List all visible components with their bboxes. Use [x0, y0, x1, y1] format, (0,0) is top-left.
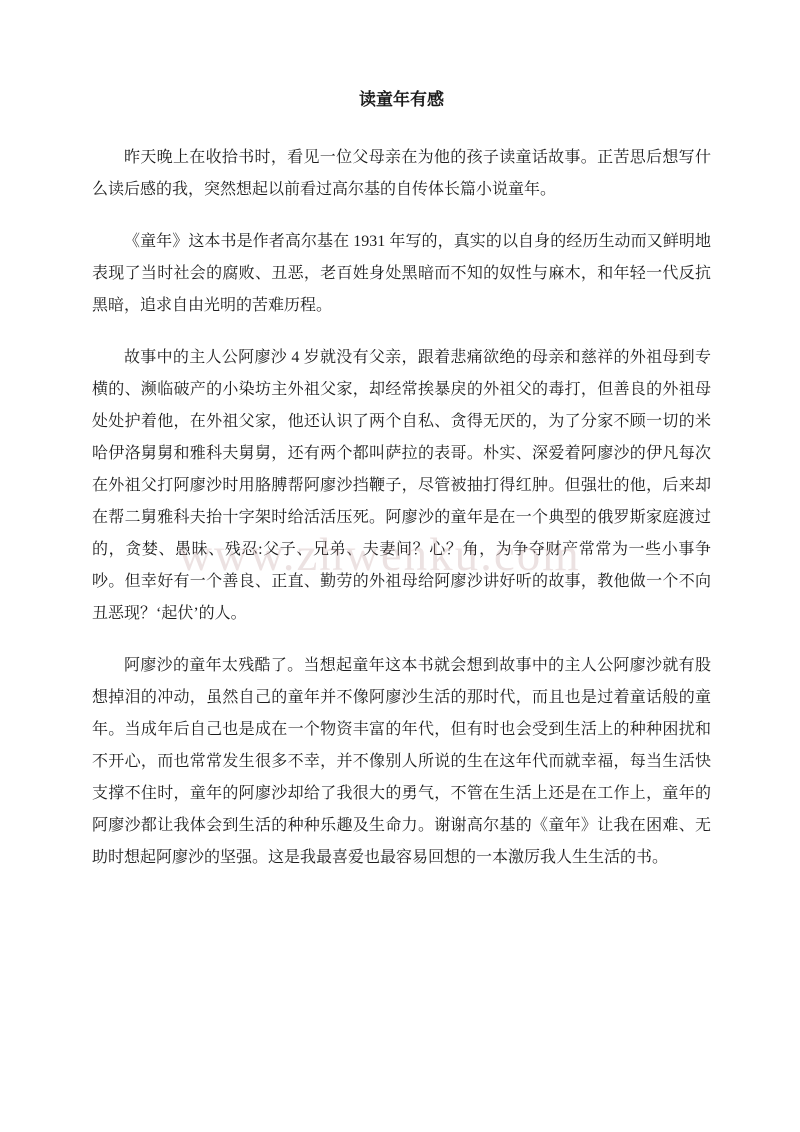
paragraph-4: 阿廖沙的童年太残酷了。当想起童年这本书就会想到故事中的主人公阿廖沙就有股想掉泪的…: [92, 650, 711, 874]
page-title: 读童年有感: [92, 88, 711, 112]
paragraph-3: 故事中的主人公阿廖沙 4 岁就没有父亲，跟着悲痛欲绝的母亲和慈祥的外祖母到专横的…: [92, 342, 711, 630]
paragraph-1: 昨天晚上在收拾书时，看见一位父母亲在为他的孩子读童话故事。正苦思后想写什么读后感…: [92, 142, 711, 206]
document-content: 读童年有感 昨天晚上在收拾书时，看见一位父母亲在为他的孩子读童话故事。正苦思后想…: [92, 88, 711, 894]
document-page: 读童年有感 昨天晚上在收拾书时，看见一位父母亲在为他的孩子读童话故事。正苦思后想…: [0, 0, 800, 1132]
paragraph-2: 《童年》这本书是作者高尔基在 1931 年写的，真实的以自身的经历生动而又鲜明地…: [92, 226, 711, 322]
document-body: 昨天晚上在收拾书时，看见一位父母亲在为他的孩子读童话故事。正苦思后想写什么读后感…: [92, 142, 711, 874]
